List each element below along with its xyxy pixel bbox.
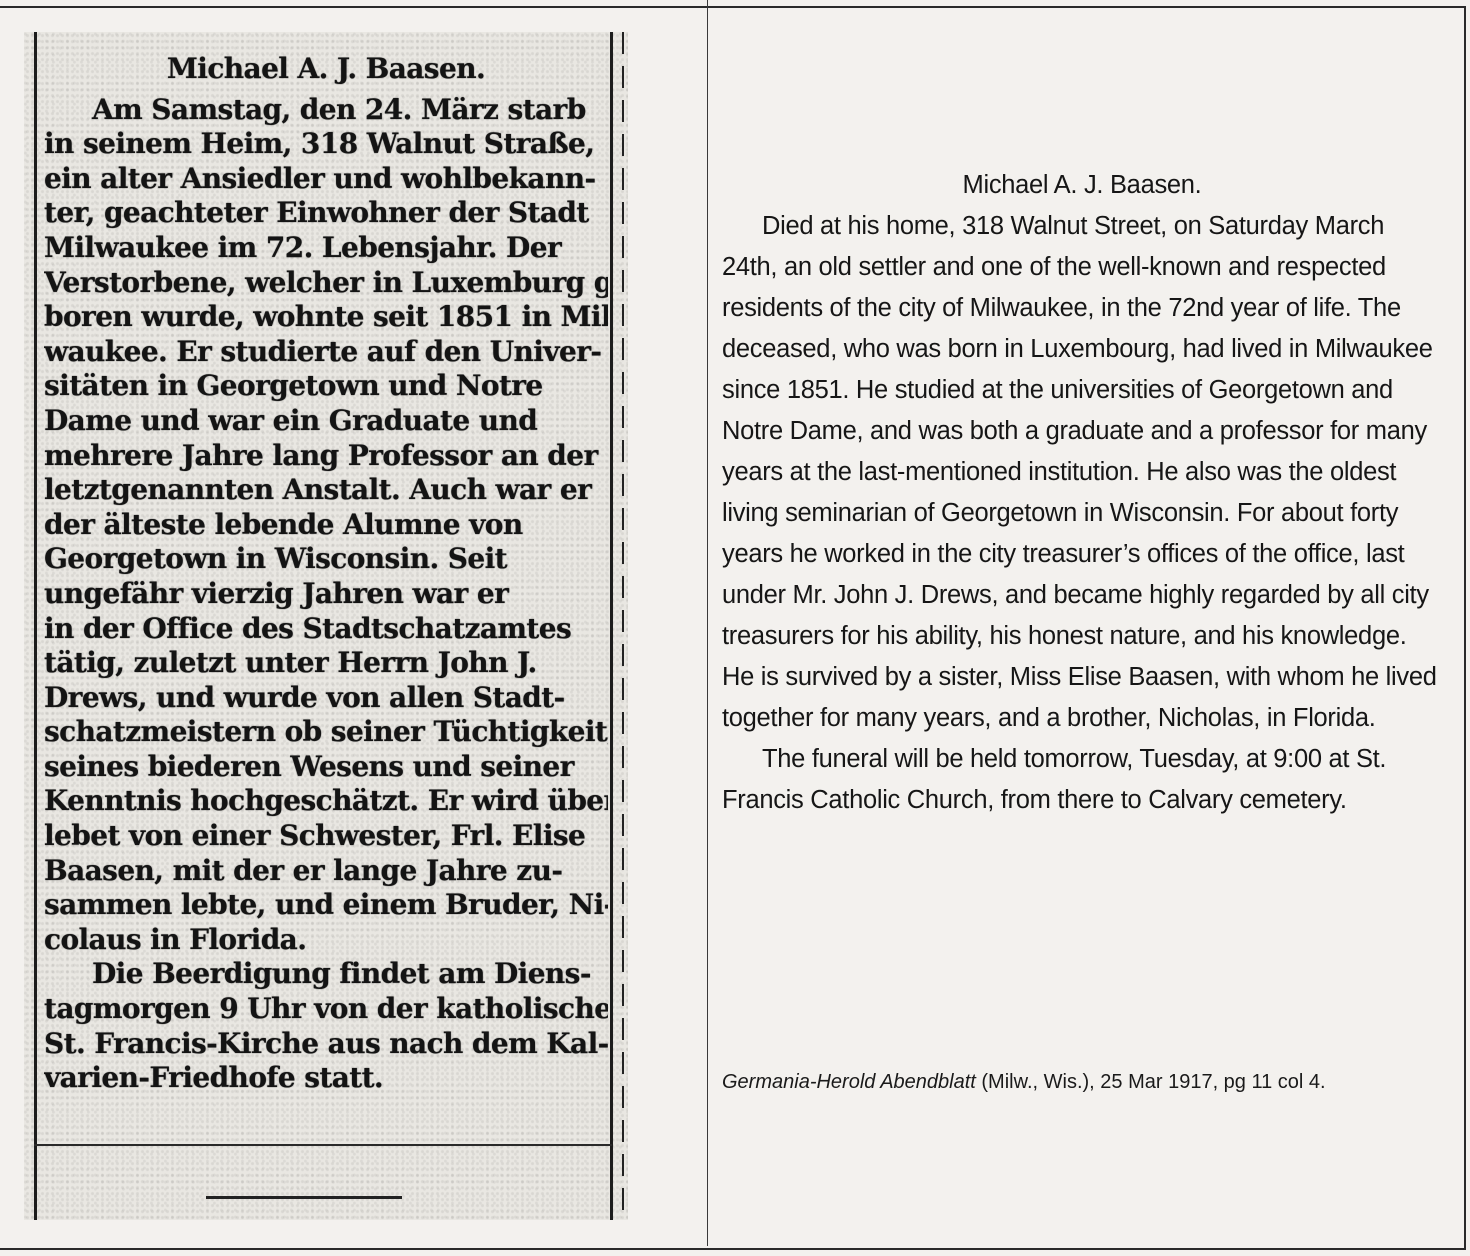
clipping-title: Michael A. J. Baasen. bbox=[44, 52, 608, 87]
clipping-line: Die Beerdigung findet am Diens- bbox=[44, 957, 608, 992]
clipping-line: ter, geachteter Einwohner der Stadt bbox=[44, 196, 608, 231]
newspaper-clipping: Michael A. J. Baasen. Am Samstag, den 24… bbox=[24, 32, 628, 1220]
translation-title: Michael A. J. Baasen. bbox=[722, 165, 1442, 206]
clipping-column-rule bbox=[34, 1144, 612, 1146]
translation-paragraph-1: Died at his home, 318 Walnut Street, on … bbox=[722, 206, 1442, 739]
clipping-line: waukee. Er studierte auf den Univer- bbox=[44, 335, 608, 370]
clipping-line: tagmorgen 9 Uhr von der katholischen bbox=[44, 992, 608, 1027]
clipping-line: in der Office des Stadtschatzamtes bbox=[44, 612, 608, 647]
clipping-right-rule bbox=[610, 32, 613, 1220]
clipping-left-rule bbox=[34, 32, 37, 1220]
clipping-line: tätig, zuletzt unter Herrn John J. bbox=[44, 646, 608, 681]
clipping-line: seines biederen Wesens und seiner bbox=[44, 750, 608, 785]
clipping-line: schatzmeistern ob seiner Tüchtigkeit, bbox=[44, 715, 608, 750]
clipping-line: Milwaukee im 72. Lebensjahr. Der bbox=[44, 231, 608, 266]
column-divider bbox=[707, 0, 708, 1246]
citation-details: (Milw., Wis.), 25 Mar 1917, pg 11 col 4. bbox=[976, 1071, 1326, 1093]
clipping-line: boren wurde, wohnte seit 1851 in Mil- bbox=[44, 300, 608, 335]
clipping-line: in seinem Heim, 318 Walnut Straße, bbox=[44, 127, 608, 162]
english-translation: Michael A. J. Baasen. Died at his home, … bbox=[722, 165, 1442, 821]
clipping-line: ein alter Ansiedler und wohlbekann- bbox=[44, 162, 608, 197]
citation-publication: Germania-Herold Abendblatt bbox=[722, 1071, 976, 1093]
clipping-line: Georgetown in Wisconsin. Seit bbox=[44, 542, 608, 577]
clipping-line: lebet von einer Schwester, Frl. Elise bbox=[44, 819, 608, 854]
clipping-line: Verstorbene, welcher in Luxemburg ge- bbox=[44, 266, 608, 301]
clipping-line: der älteste lebende Alumne von bbox=[44, 508, 608, 543]
clipping-line: Am Samstag, den 24. März starb bbox=[44, 93, 608, 128]
clipping-line: sammen lebte, und einem Bruder, Ni- bbox=[44, 888, 608, 923]
clipping-line: colaus in Florida. bbox=[44, 923, 608, 958]
translation-paragraph-2: The funeral will be held tomorrow, Tuesd… bbox=[722, 739, 1442, 821]
clipping-line: Kenntnis hochgeschätzt. Er wird über- bbox=[44, 784, 608, 819]
clipping-adjacent-column-edge bbox=[622, 32, 624, 1220]
clipping-line: letztgenannten Anstalt. Auch war er bbox=[44, 473, 608, 508]
clipping-line: varien-Friedhofe statt. bbox=[44, 1061, 608, 1096]
clipping-line: sitäten in Georgetown und Notre bbox=[44, 369, 608, 404]
clipping-line: Baasen, mit der er lange Jahre zu- bbox=[44, 854, 608, 889]
clipping-line: St. Francis-Kirche aus nach dem Kal- bbox=[44, 1027, 608, 1062]
clipping-line: Drews, und wurde von allen Stadt- bbox=[44, 681, 608, 716]
clipping-line: mehrere Jahre lang Professor an der bbox=[44, 439, 608, 474]
clipping-end-rule bbox=[206, 1196, 402, 1199]
clipping-line: ungefähr vierzig Jahren war er bbox=[44, 577, 608, 612]
clipping-text: Michael A. J. Baasen. Am Samstag, den 24… bbox=[44, 52, 608, 1096]
source-citation: Germania-Herold Abendblatt (Milw., Wis.)… bbox=[722, 1066, 1442, 1098]
clipping-line: Dame und war ein Graduate und bbox=[44, 404, 608, 439]
